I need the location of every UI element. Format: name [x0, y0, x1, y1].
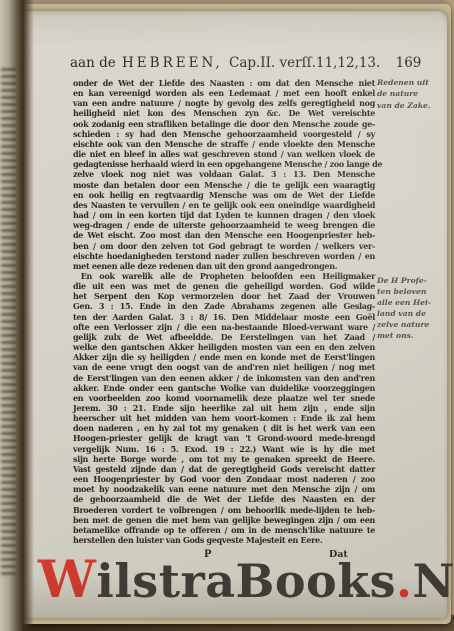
watermark: WilstraBooks.NL — [38, 550, 454, 610]
body-text: onder de Wet der Liefde des Naasten : om… — [73, 78, 375, 545]
text-line: weg-dragen / ende de uiterste gehoorzaam… — [73, 220, 375, 230]
header-chapter-ref: Cap.II. verſſ.11,12,13. — [229, 55, 380, 71]
text-line: ofte een Verlosser zijn / die een na-bes… — [73, 322, 375, 332]
text-line: Gen. 3 : 15. Ende in den Zade Abrahams z… — [73, 301, 375, 311]
text-line: die uit een was met de genen die geheili… — [73, 281, 375, 291]
text-line: eischte hoedanigheden terstond nader zul… — [73, 251, 375, 261]
text-line: met eenen alle deze redenen dan uit den … — [73, 261, 375, 271]
text-line: de gehoorzaamheid die de Wet der Liefde … — [73, 494, 375, 504]
text-line: zelve vloek nog niet was voldaan Galat. … — [73, 169, 375, 179]
text-line: de Eerst'lingen van den eenen akker / de… — [73, 373, 375, 383]
margin-note-2: De H Profe-ten belovenalle een Hei-land … — [377, 275, 454, 341]
text-line: van de eene vrugt den oogst van de and'r… — [73, 362, 375, 372]
text-line: Akker zijn die sy heiligden / ende men e… — [73, 352, 375, 362]
facing-page-gutter — [0, 0, 34, 631]
text-line: heiligheid niet kon des Menschen zyn &c.… — [73, 108, 375, 118]
text-line: Hoogen-priester gelijk de kragt van 't G… — [73, 433, 375, 443]
text-line: schieden : sy had den Mensche gehoorzaam… — [73, 129, 375, 139]
text-line: gelijk zulx de Wet afbeeldde. De Eerstel… — [73, 332, 375, 342]
running-header: aan de HEBREEN, Cap.II. verſſ.11,12,13. … — [70, 55, 376, 71]
header-prefix: aan de — [70, 55, 116, 71]
watermark-initial: W — [38, 550, 96, 610]
text-line: land van de — [377, 308, 454, 319]
text-line: ben / om door den zelven tot God gebragt… — [73, 241, 375, 251]
text-line: en kan vereenigd worden als een Ledemaat… — [73, 88, 375, 98]
page-number: 169 — [396, 55, 422, 71]
text-line: betamelike offrande op te offeren / om i… — [73, 525, 375, 535]
watermark-text: ilstraBooks — [96, 554, 396, 608]
text-line: met ons. — [377, 330, 454, 341]
text-line: sijn herte Borge worde , om tot my te ge… — [73, 454, 375, 464]
text-line: herstellen den luister van Gods geqveste… — [73, 535, 375, 545]
text-line: En ook warelik alle de Propheten beloofd… — [73, 271, 375, 281]
text-line: akker. Ende onder een gantsche Wolke van… — [73, 383, 375, 393]
text-line: alle een Hei- — [377, 297, 454, 308]
book-page: aan de HEBREEN, Cap.II. verſſ.11,12,13. … — [18, 11, 447, 618]
text-line: onder de Wet der Liefde des Naasten : om… — [73, 78, 375, 88]
facing-page-blurred-text — [1, 68, 16, 576]
text-line: de Wet eischt. Zoo most dan den Mensche … — [73, 230, 375, 240]
text-line: moste dan betalen door een Mensche / die… — [73, 180, 375, 190]
text-line: Redenen uit — [377, 77, 454, 88]
text-line: had / om in een korten tijd dat Lyden te… — [73, 210, 375, 220]
text-line: Vast gesteld zijnde dan / dat de geregti… — [73, 464, 375, 474]
text-line: vergelijk Num. 16 : 5. Exod. 19 : 22.) W… — [73, 444, 375, 454]
text-line: die niet en bleef in alles wat geschreve… — [73, 149, 375, 159]
watermark-dot: . — [396, 554, 413, 608]
text-line: ten der Aarden Galat. 3 : 8/ 16. Den Mid… — [73, 312, 375, 322]
header-book-title: HEBREEN, — [122, 55, 223, 71]
text-line: ook zodanig een strafliken betalinge die… — [73, 119, 375, 129]
text-line: gedagtenisse herhaald wierd in een opgeh… — [73, 159, 375, 169]
text-line: de nature — [377, 88, 454, 99]
text-line: welke den gantschen Akker heiligden most… — [73, 342, 375, 352]
text-line: De H Profe- — [377, 275, 454, 286]
text-line: en ook heilig en regtvaardig Mensche was… — [73, 190, 375, 200]
text-line: doen naderen , en hy zal tot my genaken … — [73, 423, 375, 433]
margin-note-1: Redenen uitde naturevan de Zake. — [377, 77, 454, 111]
text-line: eischte ook van den Mensche de straffe /… — [73, 139, 375, 149]
text-line: het Serpent den Kop vermorzelen door het… — [73, 291, 375, 301]
text-line: zelve nature — [377, 319, 454, 330]
text-line: moet hy noodzakelik van eene natuure met… — [73, 484, 375, 494]
watermark-tld: NL — [413, 554, 454, 608]
text-line: Jerem. 30 : 21. Ende sijn heerlike zal u… — [73, 403, 375, 413]
text-line: ben met de genen die met hem van gelijke… — [73, 515, 375, 525]
book-photo: aan de HEBREEN, Cap.II. verſſ.11,12,13. … — [0, 0, 454, 631]
text-line: van de Zake. — [377, 100, 454, 111]
text-line: heerscher uit het midden van hem voort-k… — [73, 413, 375, 423]
text-line: van een andre natuure / nogte by gevolg … — [73, 98, 375, 108]
text-line: des Naasten te vervullen / en te gelijk … — [73, 200, 375, 210]
text-line: en voorbeelden zoo komd voornamelik deze… — [73, 393, 375, 403]
text-line: ten beloven — [377, 286, 454, 297]
text-line: een Hoogenpriester by God voor den Zonda… — [73, 474, 375, 484]
text-line: Broederen vordert te volbrengen / om beh… — [73, 505, 375, 515]
